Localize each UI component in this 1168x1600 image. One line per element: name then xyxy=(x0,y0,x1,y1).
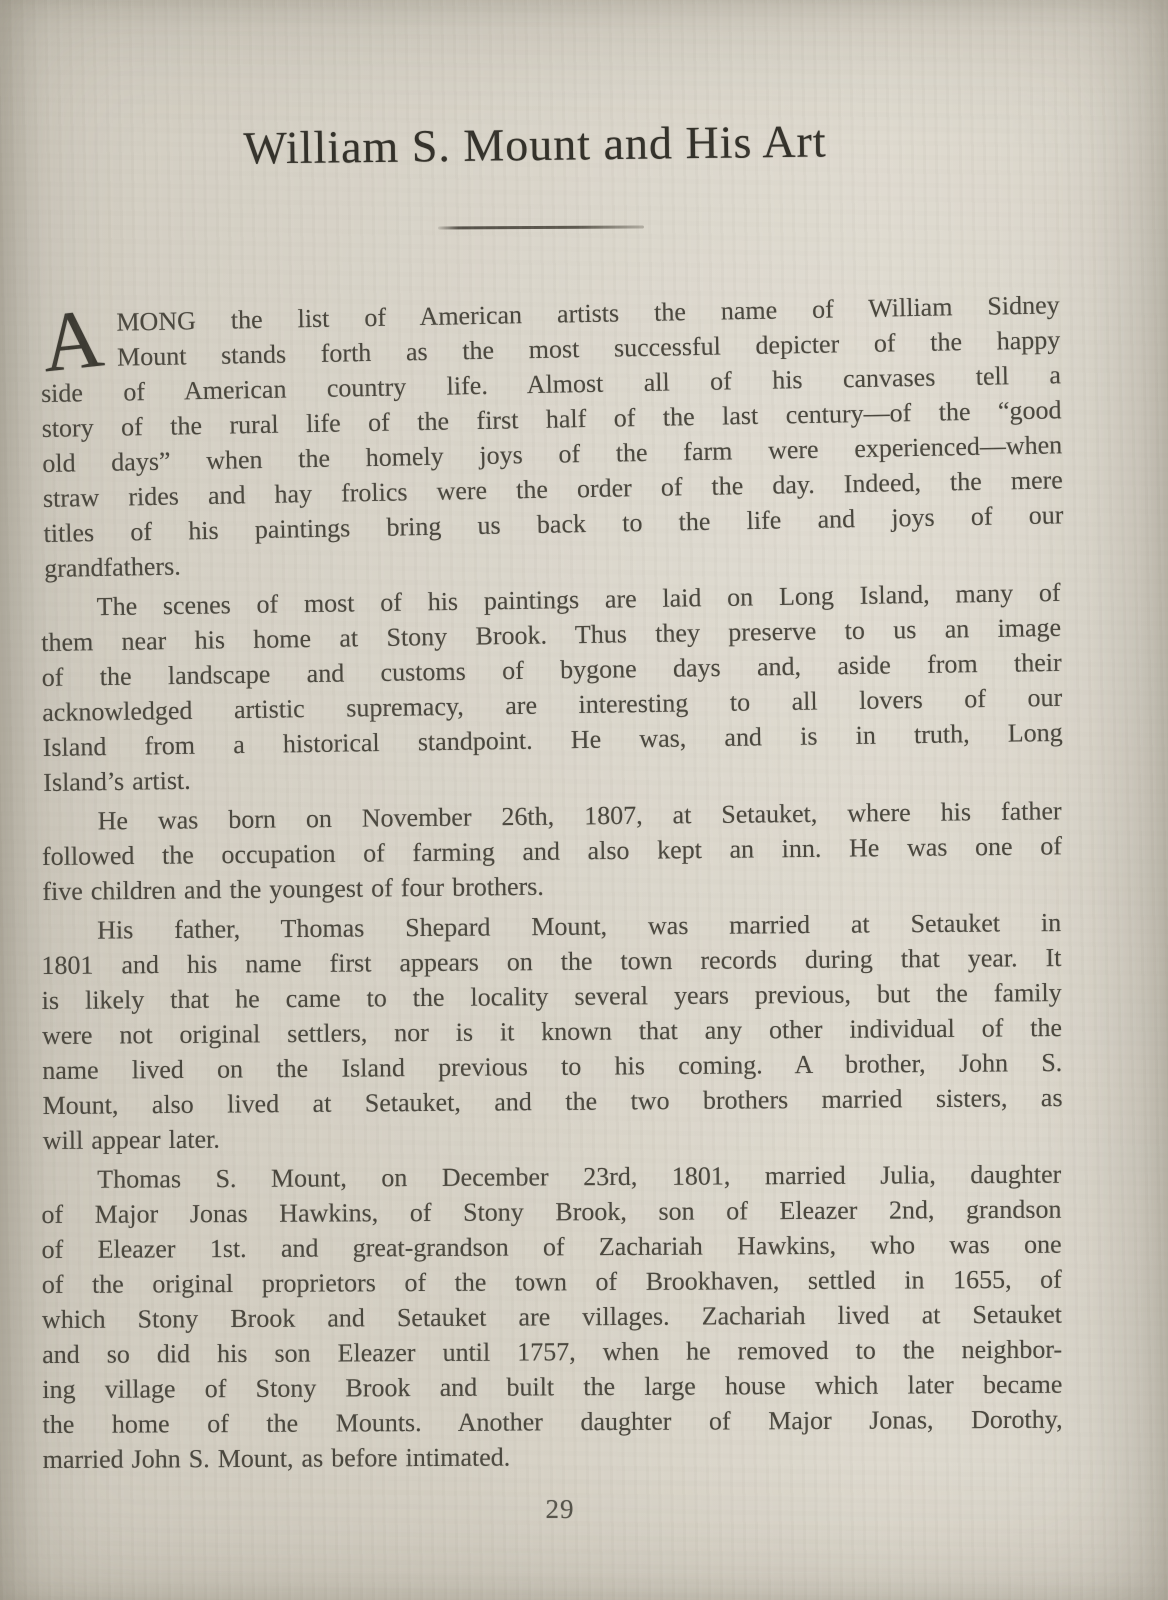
paragraph: Thomas S. Mount, on December 23rd, 1801,… xyxy=(41,1157,1063,1477)
paragraph: He was born on November 26th, 1807, at S… xyxy=(41,793,1062,909)
article-body: AMONG the list of American artists the n… xyxy=(42,306,1062,1481)
text-line: of Eleazer 1st. and great-grandson of Za… xyxy=(42,1227,1062,1267)
text-line: married John S. Mount, as before intimat… xyxy=(43,1437,1063,1477)
paragraph: His father, Thomas Shepard Mount, was ma… xyxy=(41,905,1063,1158)
text-line: Thomas S. Mount, on December 23rd, 1801,… xyxy=(41,1157,1061,1197)
paragraph: AMONG the list of American artists the n… xyxy=(39,287,1064,586)
text-line: the home of the Mounts. Another daughter… xyxy=(42,1402,1062,1442)
text-line: of Major Jonas Hawkins, of Stony Brook, … xyxy=(41,1192,1061,1232)
title-divider-rule xyxy=(438,225,644,229)
dropcap-letter: A xyxy=(39,306,106,376)
text-line: and so did his son Eleazer until 1757, w… xyxy=(42,1332,1062,1372)
text-line: will appear later. xyxy=(43,1115,1063,1158)
scanned-book-page: William S. Mount and His Art AMONG the l… xyxy=(0,0,1168,1600)
page-number: 29 xyxy=(0,1494,1120,1525)
paragraph: The scenes of most of his paintings are … xyxy=(40,575,1063,800)
text-line: which Stony Brook and Setauket are villa… xyxy=(42,1297,1062,1337)
text-line: of the original proprietors of the town … xyxy=(42,1262,1062,1302)
page-title: William S. Mount and His Art xyxy=(0,99,1070,190)
text-line: ing village of Stony Brook and built the… xyxy=(42,1367,1062,1407)
